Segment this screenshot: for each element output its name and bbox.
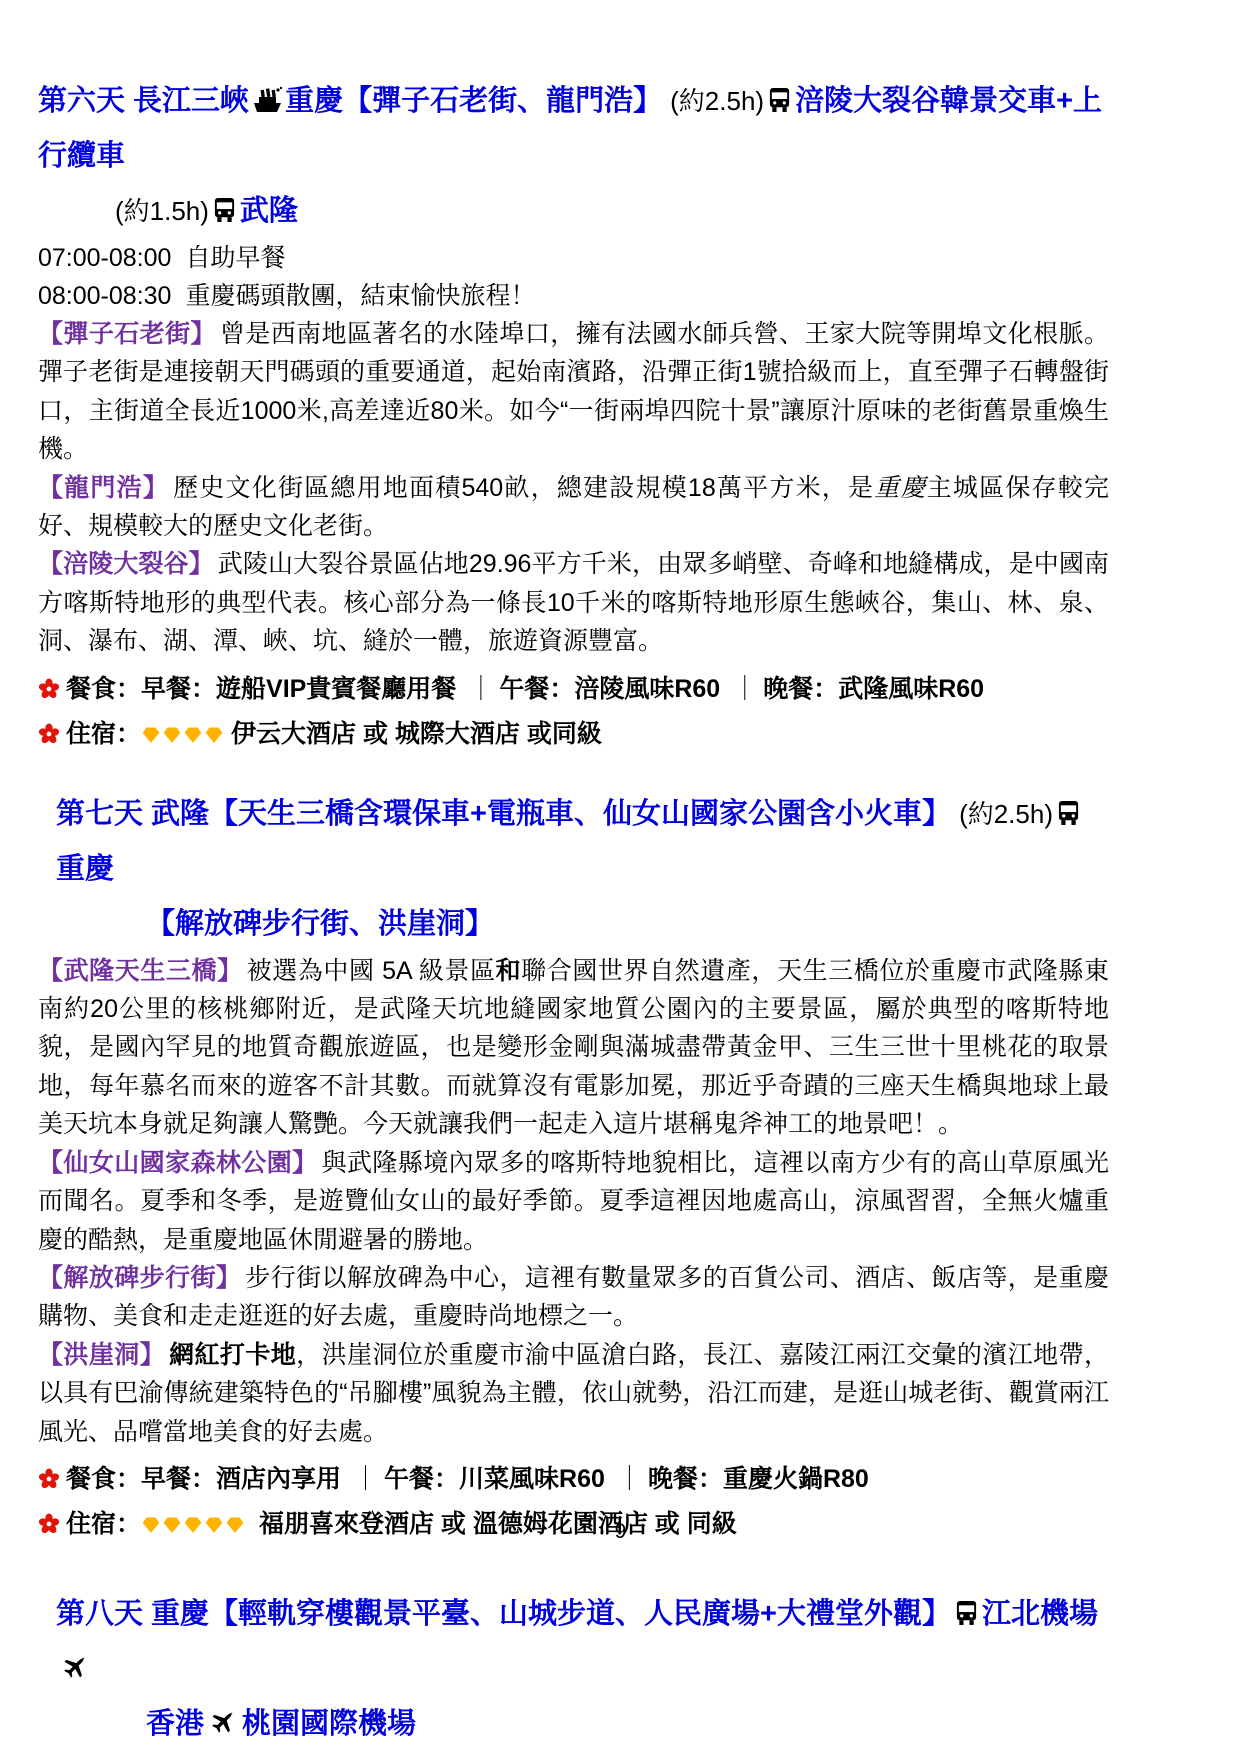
schedule-row: 08:00-08:30重慶碼頭散團，結束愉快旅程！ [38, 277, 1109, 315]
meals-dinner: 晚餐：武隆風味R60 [763, 675, 984, 703]
day6-meal-hotel: 餐食：早餐：遊船VIP貴賓餐廳用餐｜午餐：涪陵風味R60｜晚餐：武隆風味R60 … [38, 667, 1109, 757]
meals-breakfast: 早餐：酒店內享用 [141, 1465, 341, 1493]
day6-title-part4: 武隆 [240, 195, 298, 227]
longmenhao-italic: 重慶 [874, 474, 926, 502]
longmenhao-label: 【龍門浩】 [38, 474, 169, 502]
schedule-row: 07:00-08:00自助早餐 [38, 239, 1109, 277]
xiannvshan-label: 【仙女山國家森林公園】 [38, 1149, 318, 1177]
day8-section: 第八天 重慶【輕軌穿樓觀景平臺、山城步道、人民廣場+大禮堂外觀】江北機場 香港桃… [38, 1587, 1109, 1752]
day7-title-line2: 【解放碑步行街、洪崖洞】 [38, 897, 1109, 952]
hongyadong-paragraph: 【洪崖洞】網紅打卡地，洪崖洞位於重慶市渝中區滄白路，長江、嘉陵江兩江交彙的濱江地… [38, 1336, 1109, 1451]
bus-icon [955, 1600, 978, 1626]
day8-line2-part2: 桃園國際機場 [242, 1708, 416, 1740]
day7-title-line1: 第七天 武隆【天生三橋含環保車+電瓶車、仙女山國家公園含小火車】 (約2.5h)… [38, 787, 1109, 897]
danzishi-paragraph: 【彈子石老街】曾是西南地區著名的水陸埠口，擁有法國水師兵營、王家大院等開埠文化根… [38, 315, 1109, 469]
danzishi-label: 【彈子石老街】 [38, 320, 216, 348]
plane-icon [210, 1711, 236, 1737]
meals-lunch: 午餐：川菜風味R60 [384, 1465, 605, 1493]
day6-meals-line: 餐食：早餐：遊船VIP貴賓餐廳用餐｜午餐：涪陵風味R60｜晚餐：武隆風味R60 [38, 667, 1109, 712]
day7-title-part2: 重慶 [56, 853, 114, 885]
diamond-icon [183, 725, 203, 745]
day6-title-part2: 重慶【彈子石老街、龍門浩】 [285, 85, 662, 117]
bus-icon [768, 87, 791, 113]
day8-title-line2: 香港桃園國際機場 [38, 1697, 1109, 1752]
tiansheng-bold: 和 [496, 957, 522, 985]
day7-title-line2-text: 【解放碑步行街、洪崖洞】 [146, 908, 494, 940]
jiefangbei-paragraph: 【解放碑步行街】步行街以解放碑為中心，這裡有數量眾多的百貨公司、酒店、飯店等，是… [38, 1259, 1109, 1336]
plane-icon [62, 1656, 88, 1682]
longmenhao-text1: 歷史文化街區總用地面積540畝，總建設規模18萬平方米，是 [173, 474, 874, 502]
diamond-icon [141, 725, 161, 745]
day6-duration2: (約1.5h) [115, 196, 209, 226]
schedule-time: 07:00-08:00 [38, 244, 171, 272]
day6-title-line2: (約1.5h)武隆 [38, 184, 1109, 239]
schedule-desc: 自助早餐 [185, 244, 285, 272]
meals-label: 餐食： [66, 675, 141, 703]
day7-section: 第七天 武隆【天生三橋含環保車+電瓶車、仙女山國家公園含小火車】 (約2.5h)… [38, 787, 1109, 1547]
ship-icon [250, 85, 284, 115]
meals-breakfast: 早餐：遊船VIP貴賓餐廳用餐 [141, 675, 456, 703]
hongyadong-bold: 網紅打卡地 [169, 1341, 296, 1369]
tiansheng-text1: 被選為中國 5A 級景區 [247, 957, 496, 985]
schedule-desc: 重慶碼頭散團，結束愉快旅程！ [185, 282, 535, 310]
day8-title-part1: 第八天 重慶【輕軌穿樓觀景平臺、山城步道、人民廣場+大禮堂外觀】 [56, 1598, 951, 1630]
meal-separator: ｜ [732, 675, 757, 703]
hotel-label: 住宿： [66, 720, 141, 748]
meal-separator: ｜ [353, 1465, 378, 1493]
meal-separator: ｜ [468, 675, 493, 703]
flower-icon [38, 678, 60, 700]
meals-dinner: 晚餐：重慶火鍋R80 [648, 1465, 869, 1493]
fuling-paragraph: 【涪陵大裂谷】武陵山大裂谷景區佔地29.96平方千米，由眾多峭壁、奇峰和地縫構成… [38, 545, 1109, 660]
flower-icon [38, 723, 60, 745]
day8-title-line1: 第八天 重慶【輕軌穿樓觀景平臺、山城步道、人民廣場+大禮堂外觀】江北機場 [38, 1587, 1109, 1697]
bus-icon [213, 197, 236, 223]
hotel-rating [141, 720, 225, 748]
meal-separator: ｜ [617, 1465, 642, 1493]
diamond-icon [204, 725, 224, 745]
day8-title-part2: 江北機場 [982, 1598, 1098, 1630]
hongyadong-label: 【洪崖洞】 [38, 1341, 165, 1369]
page-number: 9 [0, 1520, 1241, 1544]
flower-icon [38, 1468, 60, 1490]
day7-title-part1: 第七天 武隆【天生三橋含環保車+電瓶車、仙女山國家公園含小火車】 [56, 798, 951, 830]
day7-meals-line: 餐食：早餐：酒店內享用｜午餐：川菜風味R60｜晚餐：重慶火鍋R80 [38, 1457, 1109, 1502]
tiansheng-label: 【武隆天生三橋】 [38, 957, 243, 985]
longmenhao-paragraph: 【龍門浩】歷史文化街區總用地面積540畝，總建設規模18萬平方米，是重慶主城區保… [38, 469, 1109, 546]
tiansheng-paragraph: 【武隆天生三橋】被選為中國 5A 級景區和聯合國世界自然遺產，天生三橋位於重慶市… [38, 952, 1109, 1144]
diamond-icon [162, 725, 182, 745]
jiefangbei-label: 【解放碑步行街】 [38, 1264, 241, 1292]
day6-title-line1: 第六天 長江三峽重慶【彈子石老街、龍門浩】 (約2.5h)涪陵大裂谷韓景交車+上… [38, 74, 1109, 184]
hotel-name: 伊云大酒店 或 城際大酒店 或同級 [231, 720, 602, 748]
day6-hotel-line: 住宿：伊云大酒店 或 城際大酒店 或同級 [38, 712, 1109, 757]
day6-title-part1: 第六天 長江三峽 [38, 85, 249, 117]
day7-duration: (約2.5h) [959, 799, 1053, 829]
meals-lunch: 午餐：涪陵風味R60 [499, 675, 720, 703]
day8-line2-part1: 香港 [146, 1708, 204, 1740]
xiannvshan-paragraph: 【仙女山國家森林公園】與武隆縣境內眾多的喀斯特地貌相比，這裡以南方少有的高山草原… [38, 1144, 1109, 1259]
day6-section: 第六天 長江三峽重慶【彈子石老街、龍門浩】 (約2.5h)涪陵大裂谷韓景交車+上… [38, 74, 1109, 757]
day6-duration1: (約2.5h) [670, 86, 764, 116]
itinerary-page: 第六天 長江三峽重慶【彈子石老街、龍門浩】 (約2.5h)涪陵大裂谷韓景交車+上… [0, 0, 1241, 1755]
meals-label: 餐食： [66, 1465, 141, 1493]
schedule-time: 08:00-08:30 [38, 282, 171, 310]
bus-icon [1057, 800, 1080, 826]
fuling-label: 【涪陵大裂谷】 [38, 550, 214, 578]
